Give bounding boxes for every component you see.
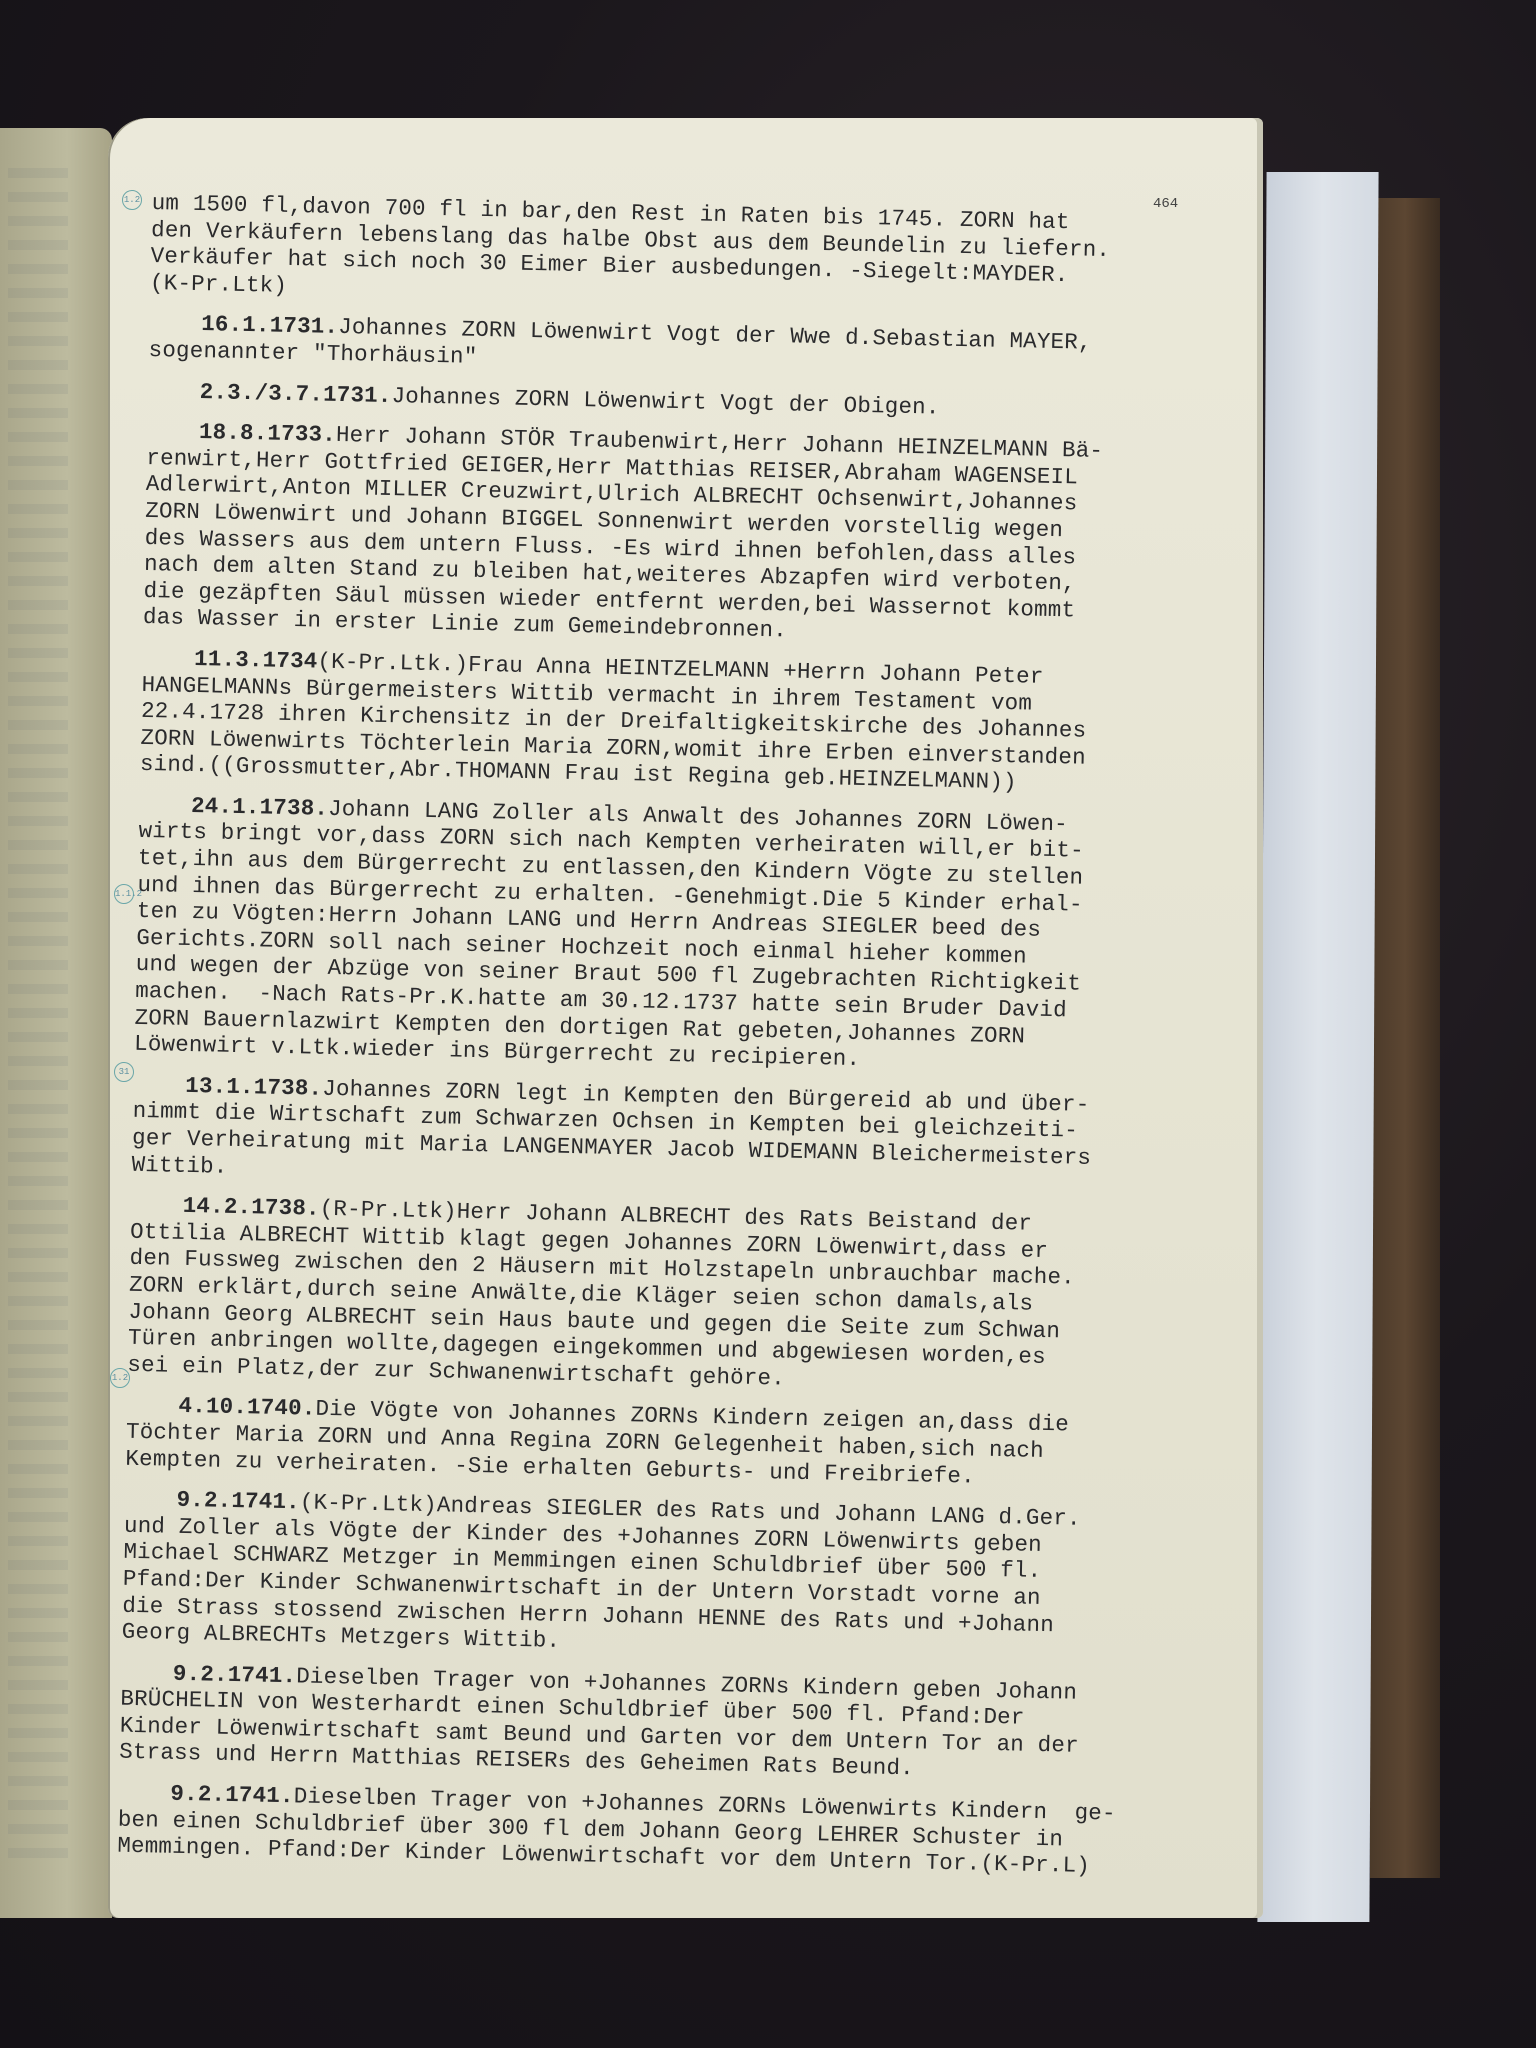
faded-text [8, 168, 68, 1868]
entry-date: 9.2.1741. [170, 1781, 294, 1810]
entry-date: 2.3./3.7.1731. [200, 379, 392, 409]
entry-date: 4.10.1740. [178, 1393, 316, 1422]
entry-date: 11.3.1734 [194, 646, 318, 675]
entry-date: 18.8.1733. [199, 419, 337, 448]
inserted-sheet [1257, 172, 1378, 1922]
margin-annotation: 1.1.2 [114, 884, 134, 904]
entry-date: 24.1.1738. [191, 793, 329, 822]
entry-date: 16.1.1731. [201, 311, 339, 340]
left-book-page [0, 128, 112, 1918]
book-spine-edge [1370, 198, 1440, 1878]
entry-date: 14.2.1738. [182, 1193, 320, 1222]
margin-annotation: 1.2 [122, 190, 142, 210]
document-body: um 1500 fl,davon 700 fl in bar,den Rest … [117, 190, 1232, 1882]
margin-annotation: 31 [114, 1062, 134, 1082]
entry-date: 9.2.1741. [176, 1487, 300, 1516]
page-number: 464 [1153, 196, 1178, 212]
entry-date: 13.1.1738. [185, 1073, 323, 1102]
entry-date: 9.2.1741. [173, 1660, 297, 1689]
